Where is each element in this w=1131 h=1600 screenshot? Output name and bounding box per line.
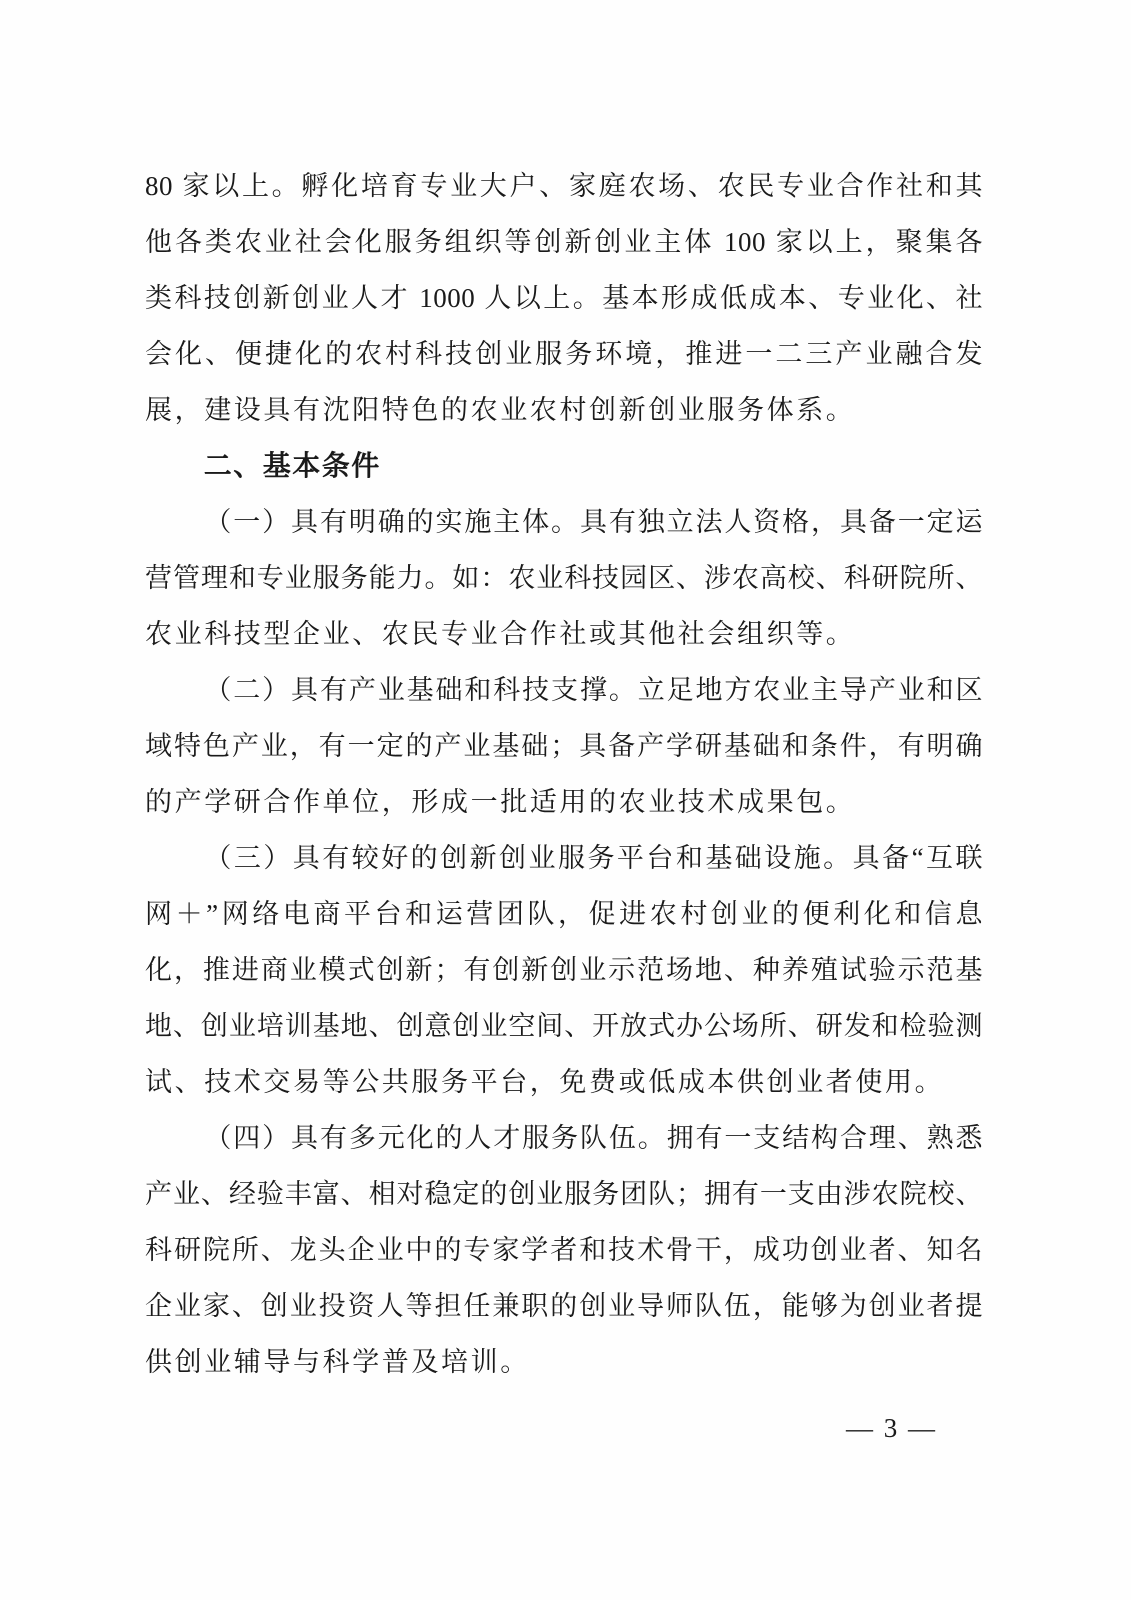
section-heading: 二、基本条件 — [145, 438, 983, 494]
text-line: （三）具有较好的创新创业服务平台和基础设施。具备“互联 — [145, 830, 983, 886]
text-line: （一）具有明确的实施主体。具有独立法人资格，具备一定运 — [145, 494, 983, 550]
text-line: 企业家、创业投资人等担任兼职的创业导师队伍，能够为创业者提 — [145, 1278, 983, 1334]
text-line: 营管理和专业服务能力。如：农业科技园区、涉农高校、科研院所、 — [145, 550, 983, 606]
text-line: 80 家以上。孵化培育专业大户、家庭农场、农民专业合作社和其 — [145, 158, 983, 214]
text-line: 展，建设具有沈阳特色的农业农村创新创业服务体系。 — [145, 382, 983, 438]
text-line: 的产学研合作单位，形成一批适用的农业技术成果包。 — [145, 774, 983, 830]
text-line: 会化、便捷化的农村科技创业服务环境，推进一二三产业融合发 — [145, 326, 983, 382]
text-block: 80 家以上。孵化培育专业大户、家庭农场、农民专业合作社和其他各类农业社会化服务… — [145, 158, 983, 1390]
text-line: （四）具有多元化的人才服务队伍。拥有一支结构合理、熟悉 — [145, 1110, 983, 1166]
text-line: 农业科技型企业、农民专业合作社或其他社会组织等。 — [145, 606, 983, 662]
document-page: 80 家以上。孵化培育专业大户、家庭农场、农民专业合作社和其他各类农业社会化服务… — [0, 0, 1131, 1600]
text-line: （二）具有产业基础和科技支撑。立足地方农业主导产业和区 — [145, 662, 983, 718]
text-line: 试、技术交易等公共服务平台，免费或低成本供创业者使用。 — [145, 1054, 983, 1110]
text-line: 供创业辅导与科学普及培训。 — [145, 1334, 983, 1390]
text-line: 化，推进商业模式创新；有创新创业示范场地、种养殖试验示范基 — [145, 942, 983, 998]
text-line: 他各类农业社会化服务组织等创新创业主体 100 家以上，聚集各 — [145, 214, 983, 270]
text-line: 域特色产业，有一定的产业基础；具备产学研基础和条件，有明确 — [145, 718, 983, 774]
text-line: 类科技创新创业人才 1000 人以上。基本形成低成本、专业化、社 — [145, 270, 983, 326]
text-line: 科研院所、龙头企业中的专家学者和技术骨干，成功创业者、知名 — [145, 1222, 983, 1278]
text-line: 地、创业培训基地、创意创业空间、开放式办公场所、研发和检验测 — [145, 998, 983, 1054]
text-line: 产业、经验丰富、相对稳定的创业服务团队；拥有一支由涉农院校、 — [145, 1166, 983, 1222]
page-number: — 3 — — [846, 1400, 937, 1456]
text-line: 网＋”网络电商平台和运营团队，促进农村创业的便利化和信息 — [145, 886, 983, 942]
